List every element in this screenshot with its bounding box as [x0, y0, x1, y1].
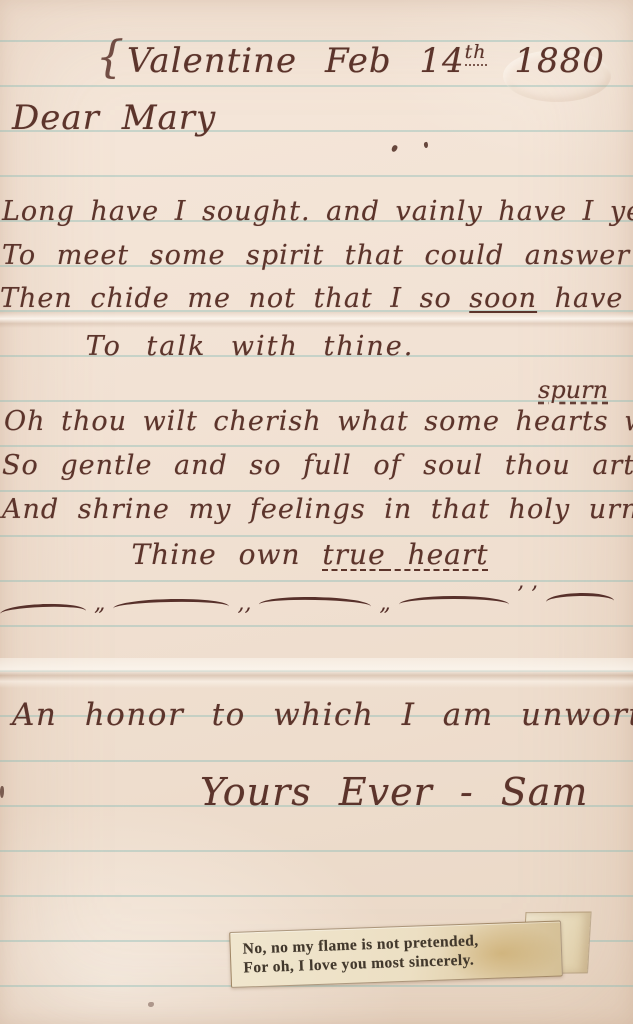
fold-crease-upper	[0, 312, 633, 328]
stanza2-line1: Oh thou wilt cherish what some hearts wo…	[4, 406, 633, 437]
divider-dash	[399, 596, 509, 606]
ink-speck	[0, 786, 4, 798]
stanza1-line3-pre: Then chide me not that I so	[0, 283, 469, 314]
ink-speck	[424, 142, 429, 149]
stanza2-line4: Thine own true heart	[110, 538, 510, 571]
stanza2-line3: And shrine my feelings in that holy urn–	[2, 494, 633, 525]
divider-dash	[259, 596, 371, 608]
signature: Yours Ever - Sam	[200, 770, 588, 814]
stanza1-line4: To talk with thine.	[40, 331, 460, 362]
flourish-mark: {	[96, 32, 125, 83]
fold-crease-lower	[0, 658, 633, 688]
stanza2-line4-pre: Thine own	[131, 538, 322, 571]
divider-quote-mark: ’ ’	[509, 583, 546, 608]
letter-heading: {Valentine Feb 14th 1880	[96, 32, 605, 83]
divider-dash	[546, 592, 614, 603]
stanza1-line1: Long have I sought. and vainly have I ye…	[2, 196, 633, 227]
hand-drawn-divider: „ ‚‚ „ ’ ’	[0, 588, 590, 614]
heading-date-day: 14	[419, 41, 464, 81]
stanza2-line4-post: heart	[386, 538, 489, 571]
divider-dash	[0, 603, 86, 616]
divider-quote-mark: ‚‚	[229, 591, 259, 616]
divider-quote-mark: „	[371, 591, 398, 616]
clipping-text: No, no my flame is not pretended, For oh…	[230, 921, 561, 977]
salutation: Dear Mary	[12, 98, 216, 138]
divider-dash	[113, 598, 229, 610]
stanza1-line2: To meet some spirit that could answer mi…	[2, 240, 633, 271]
heading-date-word: Feb	[325, 41, 392, 81]
stanza1-line3-post: have learned	[537, 283, 633, 314]
closing-line: An honor to which I am unworthy	[12, 697, 633, 733]
heading-title: Valentine	[127, 41, 297, 81]
clipping-strip: No, no my flame is not pretended, For oh…	[229, 920, 563, 988]
stanza1-line3: Then chide me not that I so soon have le…	[0, 283, 633, 314]
ink-speck	[148, 1002, 154, 1007]
stanza2-line2: So gentle and so full of soul thou art:	[2, 450, 633, 481]
heading-year: 1880	[514, 41, 605, 81]
pasted-printed-clipping: No, no my flame is not pretended, For oh…	[229, 915, 579, 991]
inserted-word-spurn: spurn	[538, 376, 608, 404]
stanza2-line4-underlined-word: true	[322, 538, 385, 571]
stanza1-line3-underlined-word: soon	[469, 283, 537, 314]
letter-page: {Valentine Feb 14th 1880 Dear Mary Long …	[0, 0, 633, 1024]
divider-quote-mark: „	[86, 591, 113, 616]
heading-date-ordinal: th	[465, 41, 487, 66]
ink-speck	[391, 144, 398, 152]
